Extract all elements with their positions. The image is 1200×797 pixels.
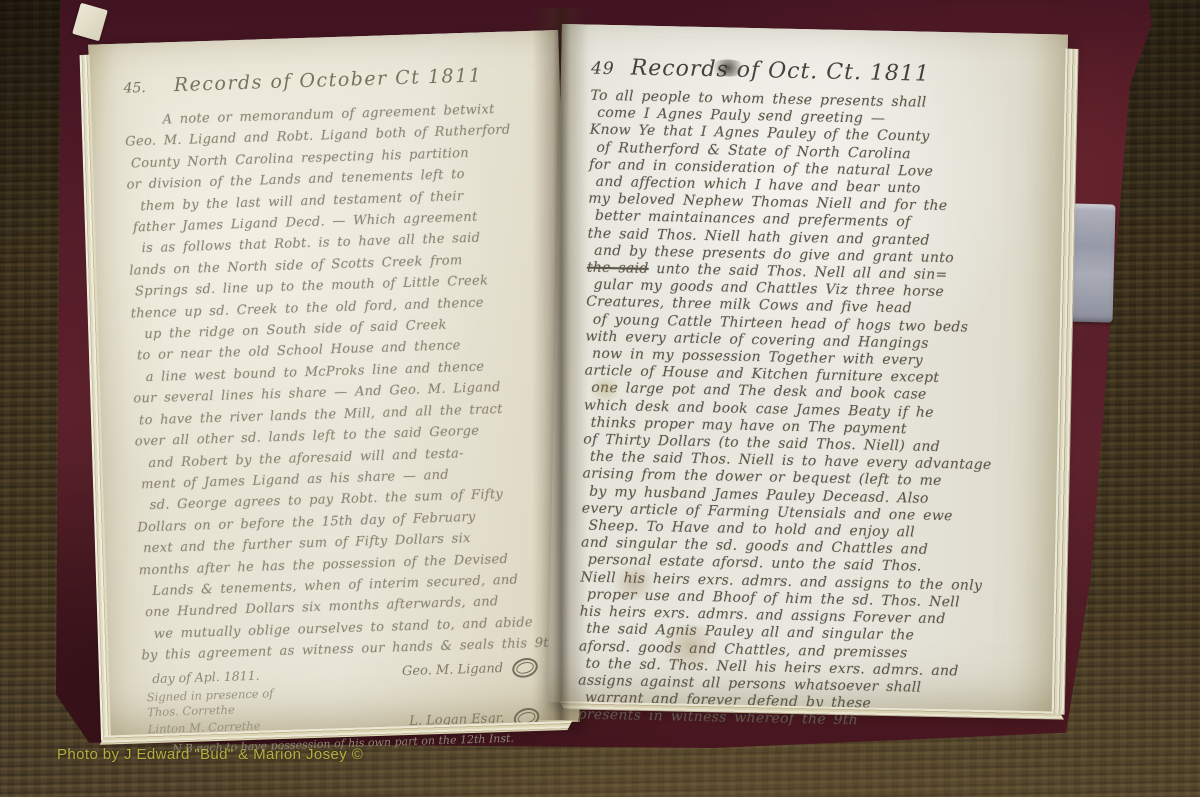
right-page-header-row: 49 Records of Oct. Ct. 1811 bbox=[591, 55, 1039, 89]
date-line: day of Apl. 1811. bbox=[152, 665, 260, 688]
right-page: 49 Records of Oct. Ct. 1811 To all peopl… bbox=[548, 24, 1068, 712]
right-page-manuscript: To all people to whom these presents sha… bbox=[577, 88, 1038, 734]
signer2-name: L. Logan Esqr. bbox=[409, 711, 505, 729]
left-page: 45. Records of October Ct 1811 A note or… bbox=[88, 30, 580, 736]
seal-icon bbox=[510, 655, 540, 680]
witness-2: Linton M. Correthe bbox=[148, 718, 261, 737]
left-page-manuscript: A note or memorandum of agreement betwix… bbox=[124, 98, 551, 667]
photo-credit: Photo by J Edward "Bud" & Marion Josey © bbox=[57, 746, 363, 763]
signature-block: day of Apl. 1811. Geo. M. Ligand Signed … bbox=[142, 656, 555, 757]
signature-l-logan: L. Logan Esqr. bbox=[409, 707, 540, 731]
ink-blot-icon bbox=[709, 59, 747, 77]
left-page-header-row: 45. Records of October Ct 1811 bbox=[123, 63, 533, 98]
right-page-number: 49 bbox=[591, 59, 615, 79]
signer1-name: Geo. M. Ligand bbox=[402, 661, 503, 679]
right-page-title: Records of Oct. Ct. 1811 bbox=[630, 55, 930, 86]
left-page-number: 45. bbox=[123, 80, 146, 97]
signature-geo-ligand: Geo. M. Ligand bbox=[402, 658, 539, 682]
photo-of-record-book: 45. Records of October Ct 1811 A note or… bbox=[0, 0, 1200, 797]
seal-icon bbox=[511, 705, 541, 730]
left-page-title: Records of October Ct 1811 bbox=[173, 64, 482, 96]
